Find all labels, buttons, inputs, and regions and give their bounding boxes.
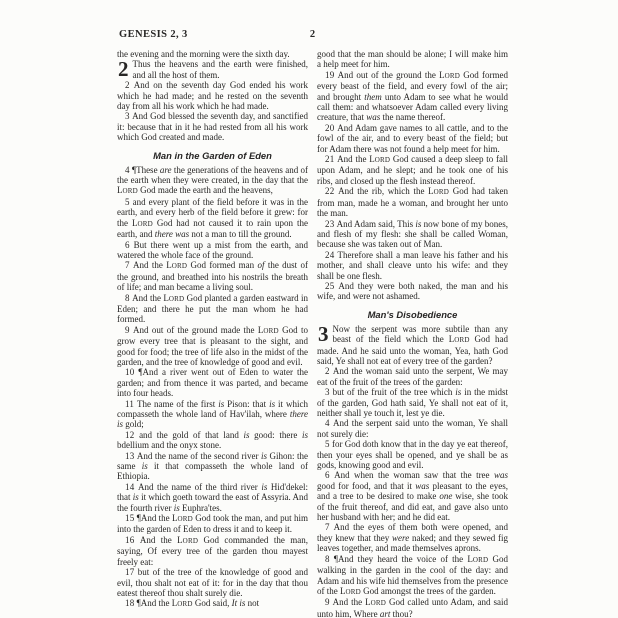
page-number: 2 (117, 29, 508, 40)
verse-number: 19 (325, 70, 334, 80)
continued-text: the evening and the morning were the six… (117, 49, 308, 59)
verse-number: 25 (325, 281, 334, 291)
lord-smallcaps: LORD (163, 293, 184, 303)
verse-number: 6 (325, 470, 330, 480)
lord-smallcaps: LORD (172, 598, 193, 608)
verse-number: 7 (125, 260, 130, 270)
lord-smallcaps: LORD (117, 185, 138, 195)
verse-number: 2 (325, 366, 330, 376)
lord-smallcaps: LORD (439, 70, 460, 80)
verse: 17 but of the tree of the knowledge of g… (117, 567, 308, 598)
verse: 6 And when the woman saw that the tree w… (317, 470, 508, 522)
lord-smallcaps: LORD (369, 154, 390, 164)
verse-number: 8 (125, 293, 130, 303)
verse: 3 but of the fruit of the tree which is … (317, 387, 508, 418)
verse-number: 8 (325, 554, 330, 564)
verse: 25 And they were both naked, the man and… (317, 281, 508, 302)
lord-smallcaps: LORD (172, 513, 193, 523)
verse-number: 10 (125, 367, 134, 377)
verse-number: 24 (325, 250, 334, 260)
verse: 20 And Adam gave names to all cattle, an… (317, 123, 508, 154)
verse-number: 5 (125, 197, 130, 207)
verse: 14 And the name of the third river is Hi… (117, 482, 308, 513)
lord-smallcaps: LORD (258, 325, 279, 335)
chapter-opening-verse: 3Now the serpent was more subtile than a… (317, 324, 508, 367)
verse: 11 The name of the first is Pison: that … (117, 399, 308, 430)
lord-smallcaps: LORD (340, 586, 361, 596)
verse-number: 14 (125, 482, 134, 492)
verse: 9 And the LORD God called unto Adam, and… (317, 597, 508, 618)
verse-number: 7 (325, 522, 330, 532)
verse-number: 11 (125, 399, 134, 409)
scanned-bible-page: GENESIS 2, 3 2 the evening and the morni… (0, 0, 618, 618)
verse: 16 And the LORD God commanded the man, s… (117, 535, 308, 567)
verse: 12 and the gold of that land is good: th… (117, 430, 308, 451)
two-column-text-block: the evening and the morning were the six… (117, 49, 508, 618)
verse-number: 17 (125, 567, 134, 577)
verse-number: 3 (325, 387, 330, 397)
verse-number: 4 (325, 418, 330, 428)
verse: 4 And the serpent said unto the woman, Y… (317, 418, 508, 439)
section-heading: Man in the Garden of Eden (117, 150, 308, 161)
text-column-left: the evening and the morning were the six… (117, 49, 308, 618)
verse: 9 And out of the ground made the LORD Go… (117, 325, 308, 368)
verse-number: 2 (125, 80, 130, 90)
chapter-opening-verse: 2Thus the heavens and the earth were fin… (117, 59, 308, 80)
verse: 24 Therefore shall a man leave his fathe… (317, 250, 508, 281)
verse-number: 4 (125, 165, 130, 175)
verse: 8 ¶And they heard the voice of the LORD … (317, 554, 508, 598)
verse-number: 20 (325, 123, 334, 133)
verse-number: 9 (125, 325, 130, 335)
verse: 7 And the eyes of them both were opened,… (317, 522, 508, 553)
lord-smallcaps: LORD (365, 597, 386, 607)
page-header: GENESIS 2, 3 2 (117, 29, 508, 42)
verse: 18 ¶And the LORD God said, It is not (117, 598, 308, 609)
verse: 3 And God blessed the seventh day, and s… (117, 111, 308, 142)
verse: 15 ¶And the LORD God took the man, and p… (117, 513, 308, 535)
lord-smallcaps: LORD (132, 218, 153, 228)
verse: 2 And the woman said unto the serpent, W… (317, 366, 508, 387)
verse: 13 And the name of the second river is G… (117, 451, 308, 482)
verse: 21 And the LORD God caused a deep sleep … (317, 154, 508, 186)
lord-smallcaps: LORD (177, 535, 198, 545)
page-content: GENESIS 2, 3 2 the evening and the morni… (117, 29, 508, 618)
verse-number: 22 (325, 186, 334, 196)
lord-smallcaps: LORD (467, 554, 488, 564)
verse: 22 And the rib, which the LORD God had t… (317, 186, 508, 218)
verse: 10 ¶And a river went out of Eden to wate… (117, 367, 308, 398)
section-heading: Man's Disobedience (317, 309, 508, 320)
verse: 5 and every plant of the field before it… (117, 197, 308, 240)
lord-smallcaps: LORD (449, 334, 470, 344)
verse: 23 And Adam said, This is now bone of my… (317, 219, 508, 250)
verse-number: 6 (125, 240, 130, 250)
chapter-number: 2 (117, 59, 133, 78)
verse: 7 And the LORD God formed man of the dus… (117, 260, 308, 292)
verse-number: 18 (125, 598, 134, 608)
verse-number: 23 (325, 219, 334, 229)
verse-number: 5 (325, 439, 330, 449)
verse: 4 ¶These are the generations of the heav… (117, 165, 308, 197)
verse: 8 And the LORD God planted a garden east… (117, 293, 308, 325)
continued-text: good that the man should be alone; I wil… (317, 49, 508, 70)
verse-number: 13 (125, 451, 134, 461)
verse-number: 9 (325, 597, 330, 607)
lord-smallcaps: LORD (166, 260, 187, 270)
chapter-number: 3 (317, 324, 333, 343)
verse: 19 And out of the ground the LORD God fo… (317, 70, 508, 123)
lord-smallcaps: LORD (428, 186, 449, 196)
verse: 2 And on the seventh day God ended his w… (117, 80, 308, 111)
verse-number: 15 (125, 513, 134, 523)
text-column-right: good that the man should be alone; I wil… (317, 49, 508, 618)
verse-number: 3 (125, 111, 130, 121)
verse-number: 12 (125, 430, 134, 440)
verse-number: 16 (125, 535, 134, 545)
verse: 6 But there went up a mist from the eart… (117, 240, 308, 261)
verse-number: 21 (325, 154, 334, 164)
verse: 5 for God doth know that in the day ye e… (317, 439, 508, 470)
